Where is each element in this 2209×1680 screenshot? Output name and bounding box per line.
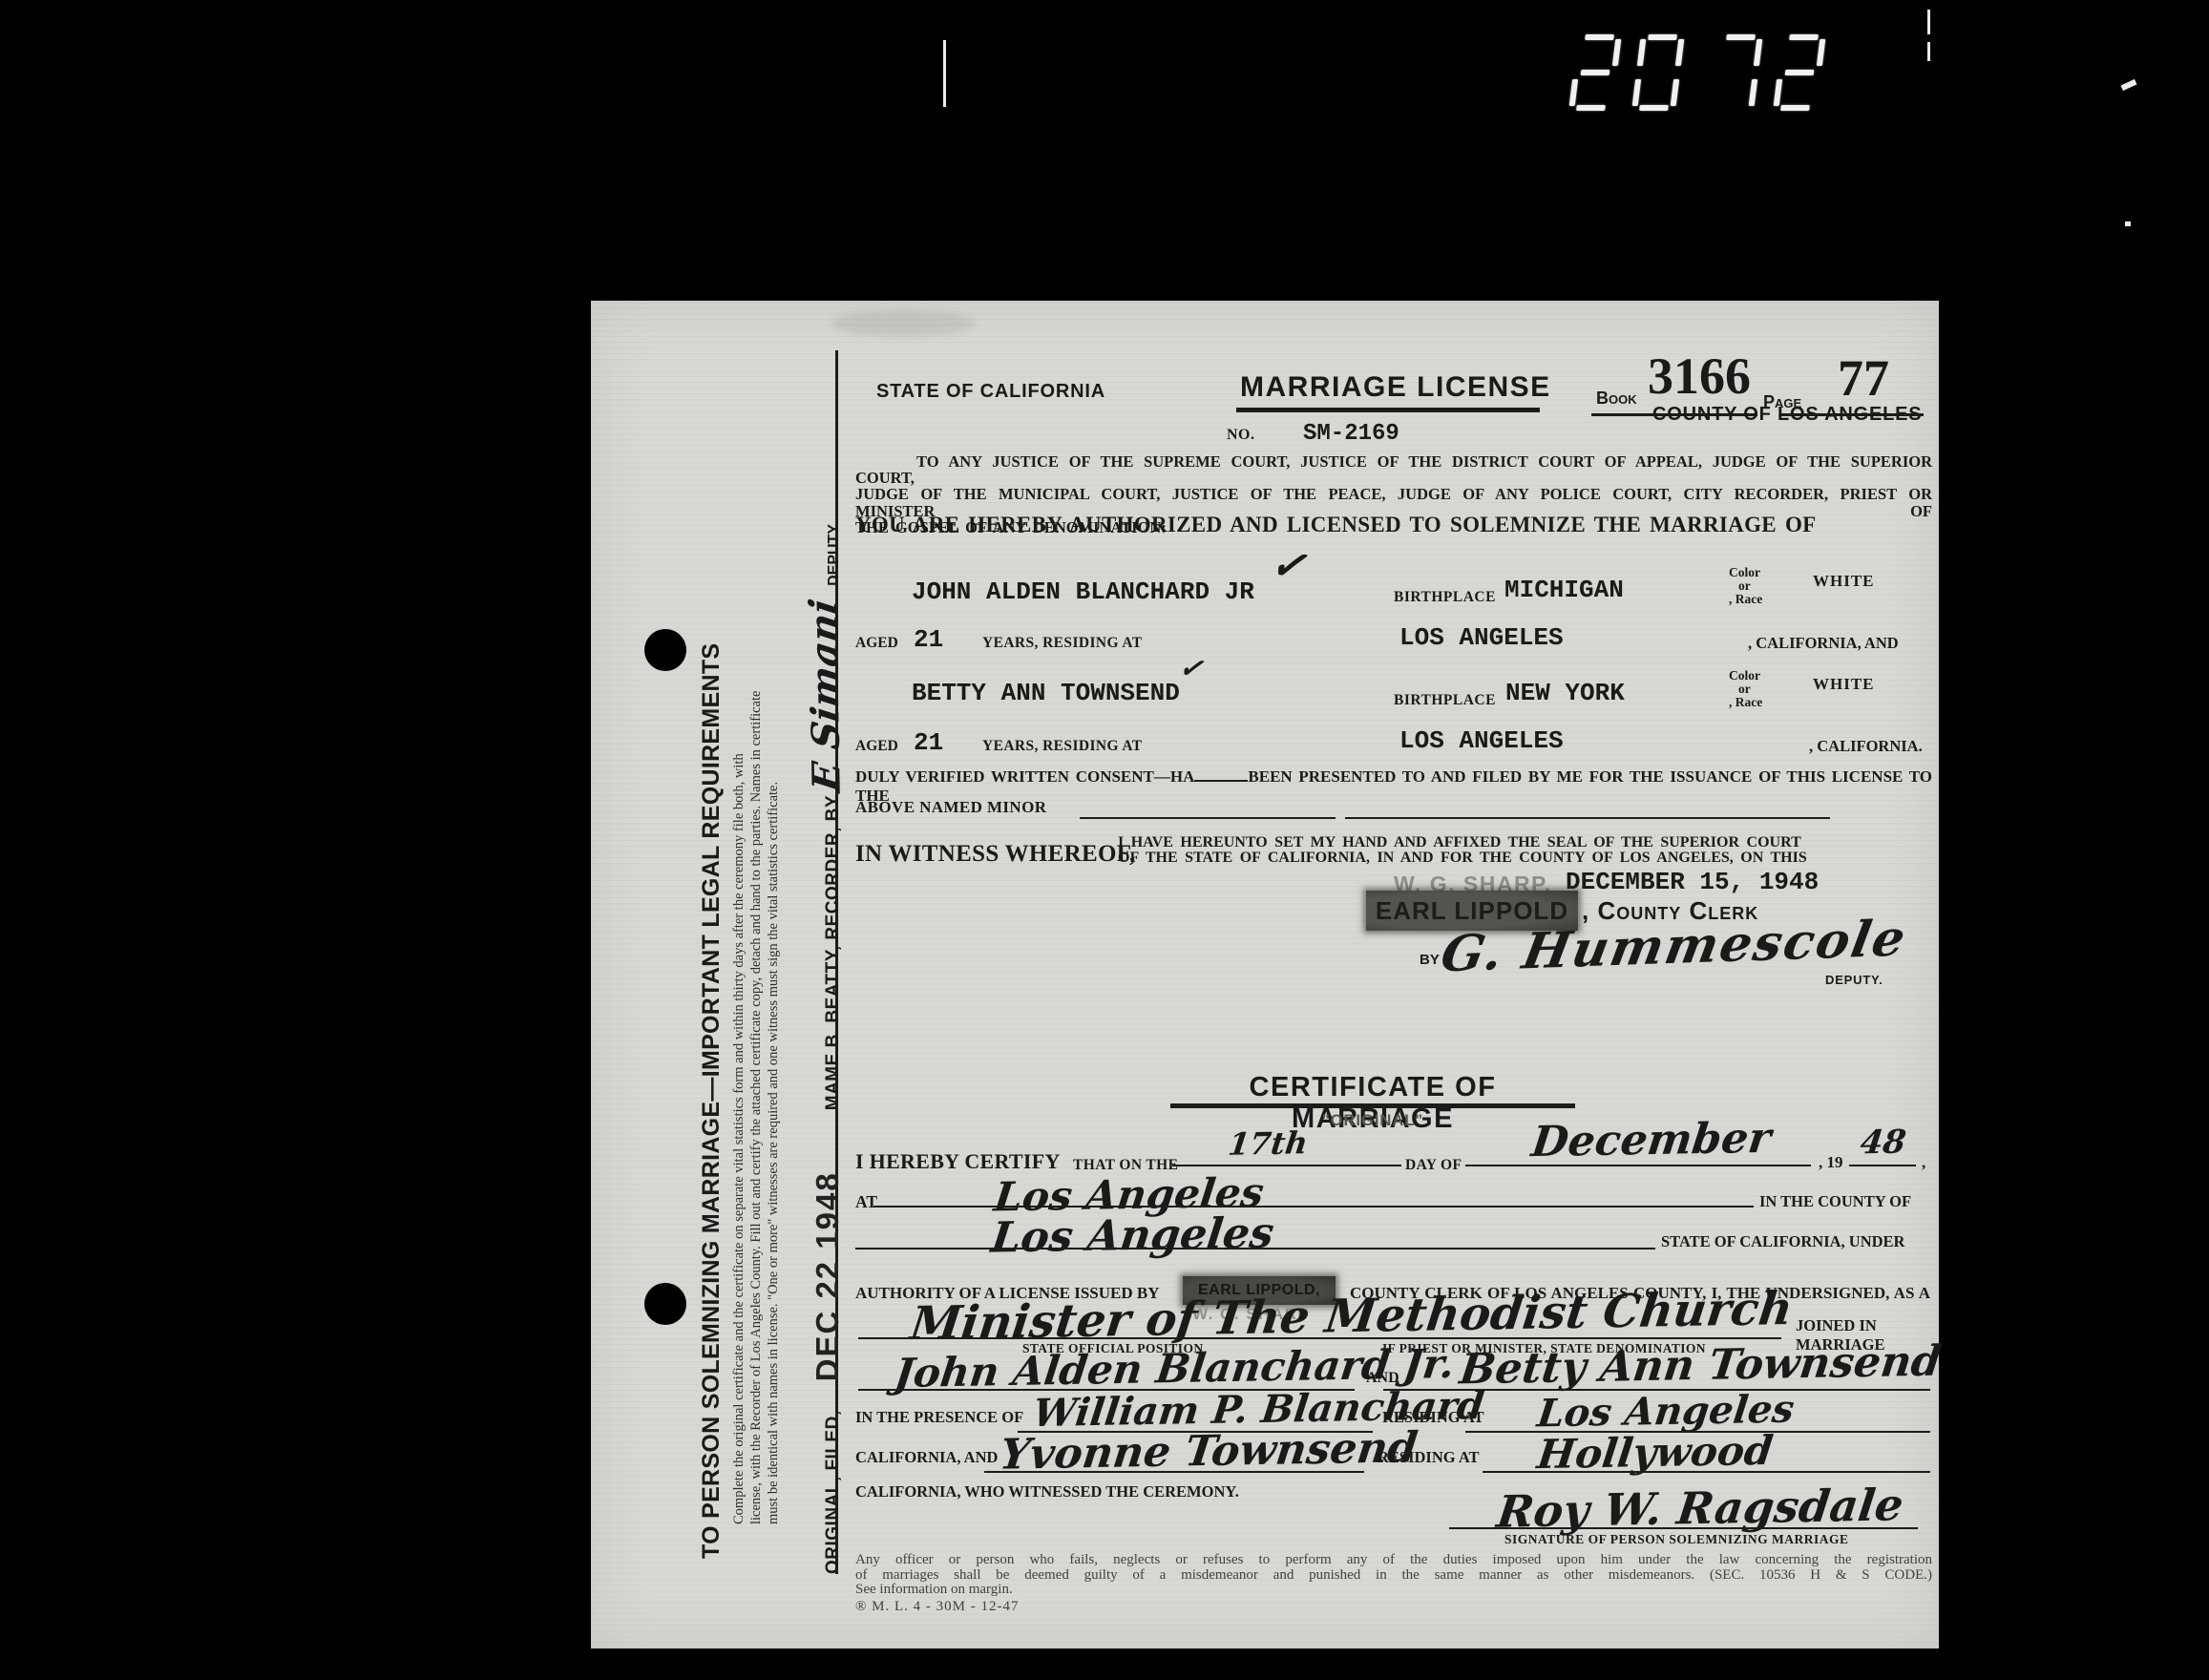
bride-color-label: Color or , Race (1729, 669, 1762, 709)
groom-checkmark: ✓ (1268, 539, 1310, 593)
witness-line1: I HAVE HEREUNTO SET MY HAND AND AFFIXED … (1118, 835, 1910, 850)
deputy-label: DEPUTY. (1825, 973, 1883, 987)
microfilm-frame: { "colors": { "background": "#000000", "… (0, 0, 2209, 1680)
clerk-name-struck: EARL LIPPOLD (1376, 896, 1568, 926)
groom-name: JOHN ALDEN BLANCHARD JR (912, 577, 1254, 606)
license-title-underline (1236, 408, 1540, 412)
book-label: Book (1596, 388, 1637, 409)
filed-date-stamp: DEC 22 1948 (810, 1171, 846, 1381)
license-no-value: SM-2169 (1303, 421, 1399, 447)
certify-label: I HEREBY CERTIFY (855, 1149, 1061, 1174)
groom-birthplace: MICHIGAN (1504, 576, 1624, 604)
marriage-year: 48 (1858, 1123, 1907, 1163)
color-label-line1: Color (1729, 566, 1762, 579)
signature-caption: SIGNATURE OF PERSON SOLEMNIZING MARRIAGE (1504, 1532, 1849, 1547)
certificate-title-underline (1170, 1103, 1575, 1108)
groom-aged-label: AGED (855, 635, 898, 652)
color-label-line1: Color (1729, 669, 1762, 682)
film-scratch (943, 40, 946, 107)
penalty-line3: See information on margin. (855, 1583, 1932, 1598)
frame-digit (1631, 34, 1685, 111)
bride-color-value: WHITE (1813, 675, 1875, 694)
film-speck (2125, 221, 2131, 226)
bride-name: BETTY ANN TOWNSEND (912, 679, 1180, 707)
film-scratch (1927, 10, 1930, 34)
california-and-label: CALIFORNIA, AND (855, 1448, 998, 1467)
bride-birthplace: NEW YORK (1505, 679, 1625, 707)
groom-age: 21 (914, 625, 943, 654)
punch-hole-top (644, 629, 686, 671)
state-under-label: STATE OF CALIFORNIA, UNDER (1661, 1232, 1904, 1251)
day-of-label: DAY OF (1405, 1157, 1462, 1174)
authorization-line: YOU ARE HEREBY AUTHORIZED AND LICENSED T… (855, 513, 1817, 537)
margin-recorder-line: ORIGINAL, FILED, DEC 22 1948 MAME B. BEA… (803, 347, 835, 1574)
witness-clause: I HAVE HEREUNTO SET MY HAND AND AFFIXED … (1118, 835, 1910, 866)
margin-header: TO PERSON SOLEMNIZING MARRIAGE—IMPORTANT… (698, 633, 726, 1559)
marriage-day: 17th (1227, 1124, 1310, 1162)
license-title: MARRIAGE LICENSE (1240, 371, 1551, 404)
solemnizer-signature-line (1449, 1527, 1918, 1529)
position-line (858, 1337, 1781, 1339)
at-label: AT (855, 1192, 877, 1212)
color-label-line3: , Race (1729, 593, 1762, 606)
marriage-month: December (1529, 1114, 1774, 1166)
witnessed-label: CALIFORNIA, WHO WITNESSED THE CEREMONY. (855, 1482, 1239, 1501)
recorder-label: MAME B. BEATTY, RECORDER, BY (823, 795, 844, 1110)
residing-label-2: RESIDING AT (1378, 1448, 1480, 1467)
year-suffix: , (1922, 1153, 1925, 1172)
penalty-paragraph: Any officer or person who fails, neglect… (855, 1553, 1932, 1598)
bride-checkmark: ✓ (1177, 650, 1206, 686)
film-frame-number (1573, 34, 1841, 115)
license-date: DECEMBER 15, 1948 (1566, 868, 1819, 896)
minor-blank-line-2 (1345, 817, 1830, 819)
groom-residing-label: YEARS, RESIDING AT (982, 635, 1143, 652)
consent-part1: DULY VERIFIED WRITTEN CONSENT—HA (855, 767, 1194, 786)
witness2-line-seg1 (984, 1471, 1364, 1473)
certificate-bride-name: Betty Ann Townsend (1457, 1337, 1944, 1395)
film-speck (2120, 79, 2136, 91)
witness-line2: OF THE STATE OF CALIFORNIA, IN AND FOR T… (1118, 850, 1910, 866)
year-prefix: , 19 (1819, 1153, 1843, 1172)
frame-digit (1568, 34, 1622, 111)
groom-birthplace-label: BIRTHPLACE (1394, 589, 1496, 606)
date-line-seg3 (1849, 1165, 1916, 1166)
penalty-line1: Any officer or person who fails, neglect… (855, 1553, 1932, 1568)
margin-instructions: Complete the original certificate and th… (730, 463, 782, 1524)
color-label-line3: , Race (1729, 696, 1762, 709)
film-scratch (1927, 42, 1930, 61)
document-page: TO PERSON SOLEMNIZING MARRIAGE—IMPORTANT… (591, 301, 1939, 1648)
margin-instructions-line1: Complete the original certificate and th… (730, 463, 747, 1524)
margin-deputy-signature: E Simani (801, 597, 850, 794)
bride-residing-label: YEARS, RESIDING AT (982, 738, 1143, 755)
groom-color-label: Color or , Race (1729, 566, 1762, 606)
minor-blank-line-1 (1080, 817, 1336, 819)
bride-aged-label: AGED (855, 738, 898, 755)
consent-line2: ABOVE NAMED MINOR (855, 798, 1046, 817)
punch-hole-bottom (644, 1283, 686, 1325)
bride-age: 21 (914, 728, 943, 757)
license-no-label: NO. (1227, 427, 1255, 444)
state-label: STATE OF CALIFORNIA (876, 381, 1105, 403)
presence-label: IN THE PRESENCE OF (855, 1408, 1023, 1427)
date-line-seg2 (1465, 1165, 1811, 1166)
county-line (855, 1248, 1655, 1249)
margin-instructions-line2: license, with the Recorder of Los Angele… (747, 463, 765, 1524)
book-value: 3166 (1648, 346, 1751, 406)
margin-instructions-line3: must be identical with names in license.… (765, 463, 782, 1524)
marriage-county: Los Angeles (989, 1208, 1277, 1262)
pencil-smudge (831, 310, 975, 337)
frame-digit (1773, 34, 1826, 111)
place-line (873, 1206, 1754, 1207)
form-code: ® M. L. 4 - 30M - 12-47 (855, 1599, 1019, 1615)
witness2-line-seg2 (1483, 1471, 1930, 1473)
county-label: COUNTY OF LOS ANGELES (1652, 404, 1922, 426)
page-value: 77 (1838, 348, 1889, 408)
in-county-label: IN THE COUNTY OF (1759, 1192, 1911, 1211)
color-label-line2: or (1729, 682, 1762, 696)
bride-residence: LOS ANGELES (1399, 726, 1564, 755)
penalty-line2: of marriages shall be deemed guilty of a… (855, 1568, 1932, 1584)
by-label: BY (1420, 952, 1440, 968)
bride-state-suffix: , CALIFORNIA. (1809, 737, 1923, 756)
date-line-seg1 (1172, 1165, 1401, 1166)
groom-color-value: WHITE (1813, 572, 1875, 591)
bride-birthplace-label: BIRTHPLACE (1394, 692, 1496, 709)
margin-deputy-label: DEPUTY (826, 524, 843, 586)
groom-state-suffix: , CALIFORNIA, AND (1748, 634, 1899, 653)
addressee-line1: TO ANY JUSTICE OF THE SUPREME COURT, JUS… (855, 453, 1932, 486)
frame-digit (1710, 34, 1763, 111)
color-label-line2: or (1729, 579, 1762, 593)
groom-residence: LOS ANGELES (1399, 623, 1564, 652)
consent-blank (1194, 767, 1248, 782)
witness-heading: IN WITNESS WHEREOF, (855, 841, 1136, 868)
original-filed-label: ORIGINAL, FILED, (823, 1410, 844, 1574)
